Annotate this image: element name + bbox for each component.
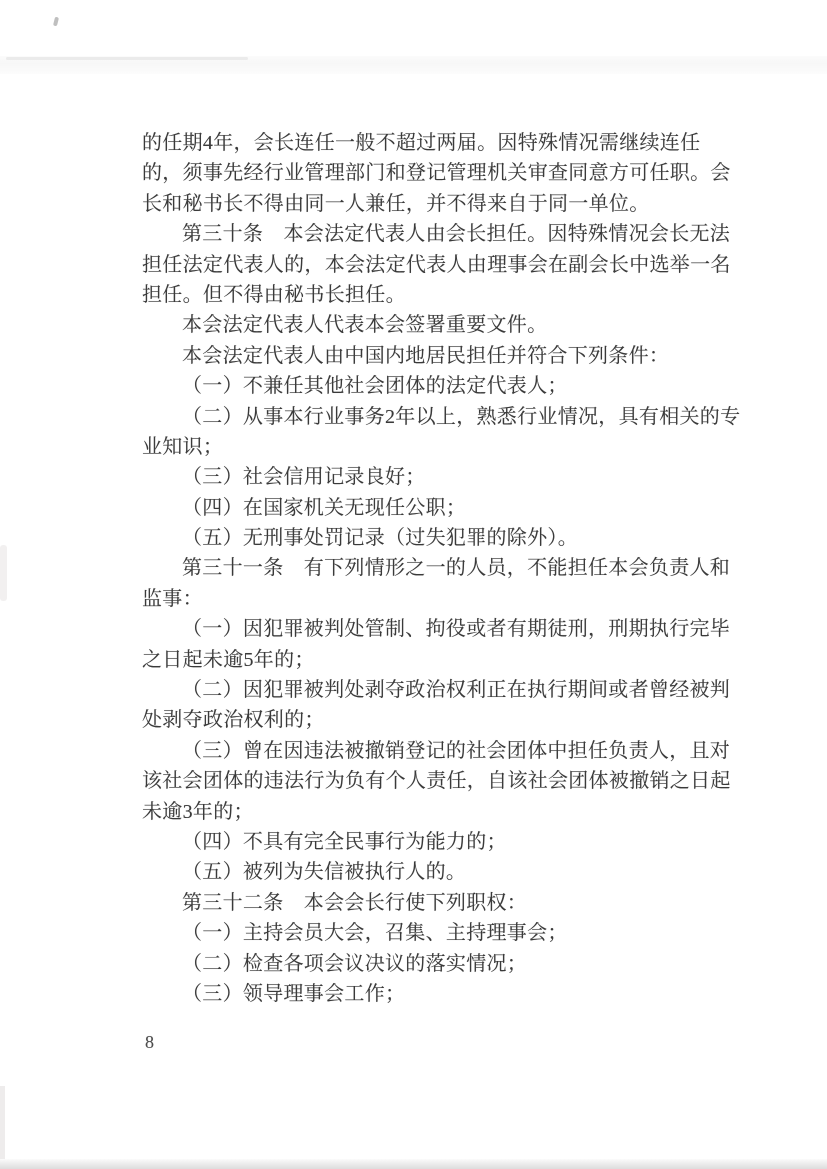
- text-line: 长和秘书长不得由同一人兼任，并不得来自于同一单位。: [142, 189, 720, 219]
- text-line: 第三十一条 有下列情形之一的人员，不能担任本会负责人和: [142, 553, 720, 583]
- document-page: 的任期4年，会长连任一般不超过两届。因特殊情况需继续连任的，须事先经行业管理部门…: [0, 0, 827, 1169]
- scan-edge-mark: [0, 545, 7, 601]
- text-line: （二）检查各项会议决议的落实情况；: [142, 949, 720, 979]
- text-line: 担任。但不得由秘书长担任。: [142, 280, 720, 310]
- text-line: 处剥夺政治权利的；: [142, 705, 720, 735]
- text-line: （三）社会信用记录良好；: [142, 462, 720, 492]
- text-line: （五）无刑事处罚记录（过失犯罪的除外）。: [142, 523, 720, 553]
- text-line: 的，须事先经行业管理部门和登记管理机关审查同意方可任职。会: [142, 158, 720, 188]
- text-line: 未逾3年的；: [142, 797, 720, 827]
- scan-streak: [6, 57, 248, 60]
- text-line: 本会法定代表人代表本会签署重要文件。: [142, 310, 720, 340]
- text-line: 担任法定代表人的，本会法定代表人由理事会在副会长中选举一名: [142, 250, 720, 280]
- document-body: 的任期4年，会长连任一般不超过两届。因特殊情况需继续连任的，须事先经行业管理部门…: [142, 128, 720, 1009]
- text-line: （一）不兼任其他社会团体的法定代表人；: [142, 371, 720, 401]
- page-bottom-edge-shadow: [0, 1159, 827, 1169]
- scan-speck: [53, 17, 59, 27]
- text-line: （一）因犯罪被判处管制、拘役或者有期徒刑，刑期执行完毕: [142, 614, 720, 644]
- text-line: 本会法定代表人由中国内地居民担任并符合下列条件：: [142, 341, 720, 371]
- text-line: 该社会团体的违法行为负有个人责任，自该社会团体被撤销之日起: [142, 766, 720, 796]
- text-line: （四）不具有完全民事行为能力的；: [142, 827, 720, 857]
- page-left-edge-shadow: [0, 1086, 5, 1169]
- text-line: （五）被列为失信被执行人的。: [142, 857, 720, 887]
- text-line: （一）主持会员大会，召集、主持理事会；: [142, 918, 720, 948]
- text-line: （四）在国家机关无现任公职；: [142, 493, 720, 523]
- text-line: 第三十二条 本会会长行使下列职权：: [142, 888, 720, 918]
- text-line: （三）领导理事会工作；: [142, 979, 720, 1009]
- text-line: （三）曾在因违法被撤销登记的社会团体中担任负责人，且对: [142, 736, 720, 766]
- text-line: 第三十条 本会法定代表人由会长担任。因特殊情况会长无法: [142, 219, 720, 249]
- text-line: 的任期4年，会长连任一般不超过两届。因特殊情况需继续连任: [142, 128, 720, 158]
- text-line: 监事：: [142, 584, 720, 614]
- page-number: 8: [145, 1032, 154, 1053]
- text-line: 业知识；: [142, 432, 720, 462]
- text-line: （二）因犯罪被判处剥夺政治权利正在执行期间或者曾经被判: [142, 675, 720, 705]
- text-line: 之日起未逾5年的；: [142, 645, 720, 675]
- text-line: （二）从事本行业事务2年以上，熟悉行业情况，具有相关的专: [142, 402, 720, 432]
